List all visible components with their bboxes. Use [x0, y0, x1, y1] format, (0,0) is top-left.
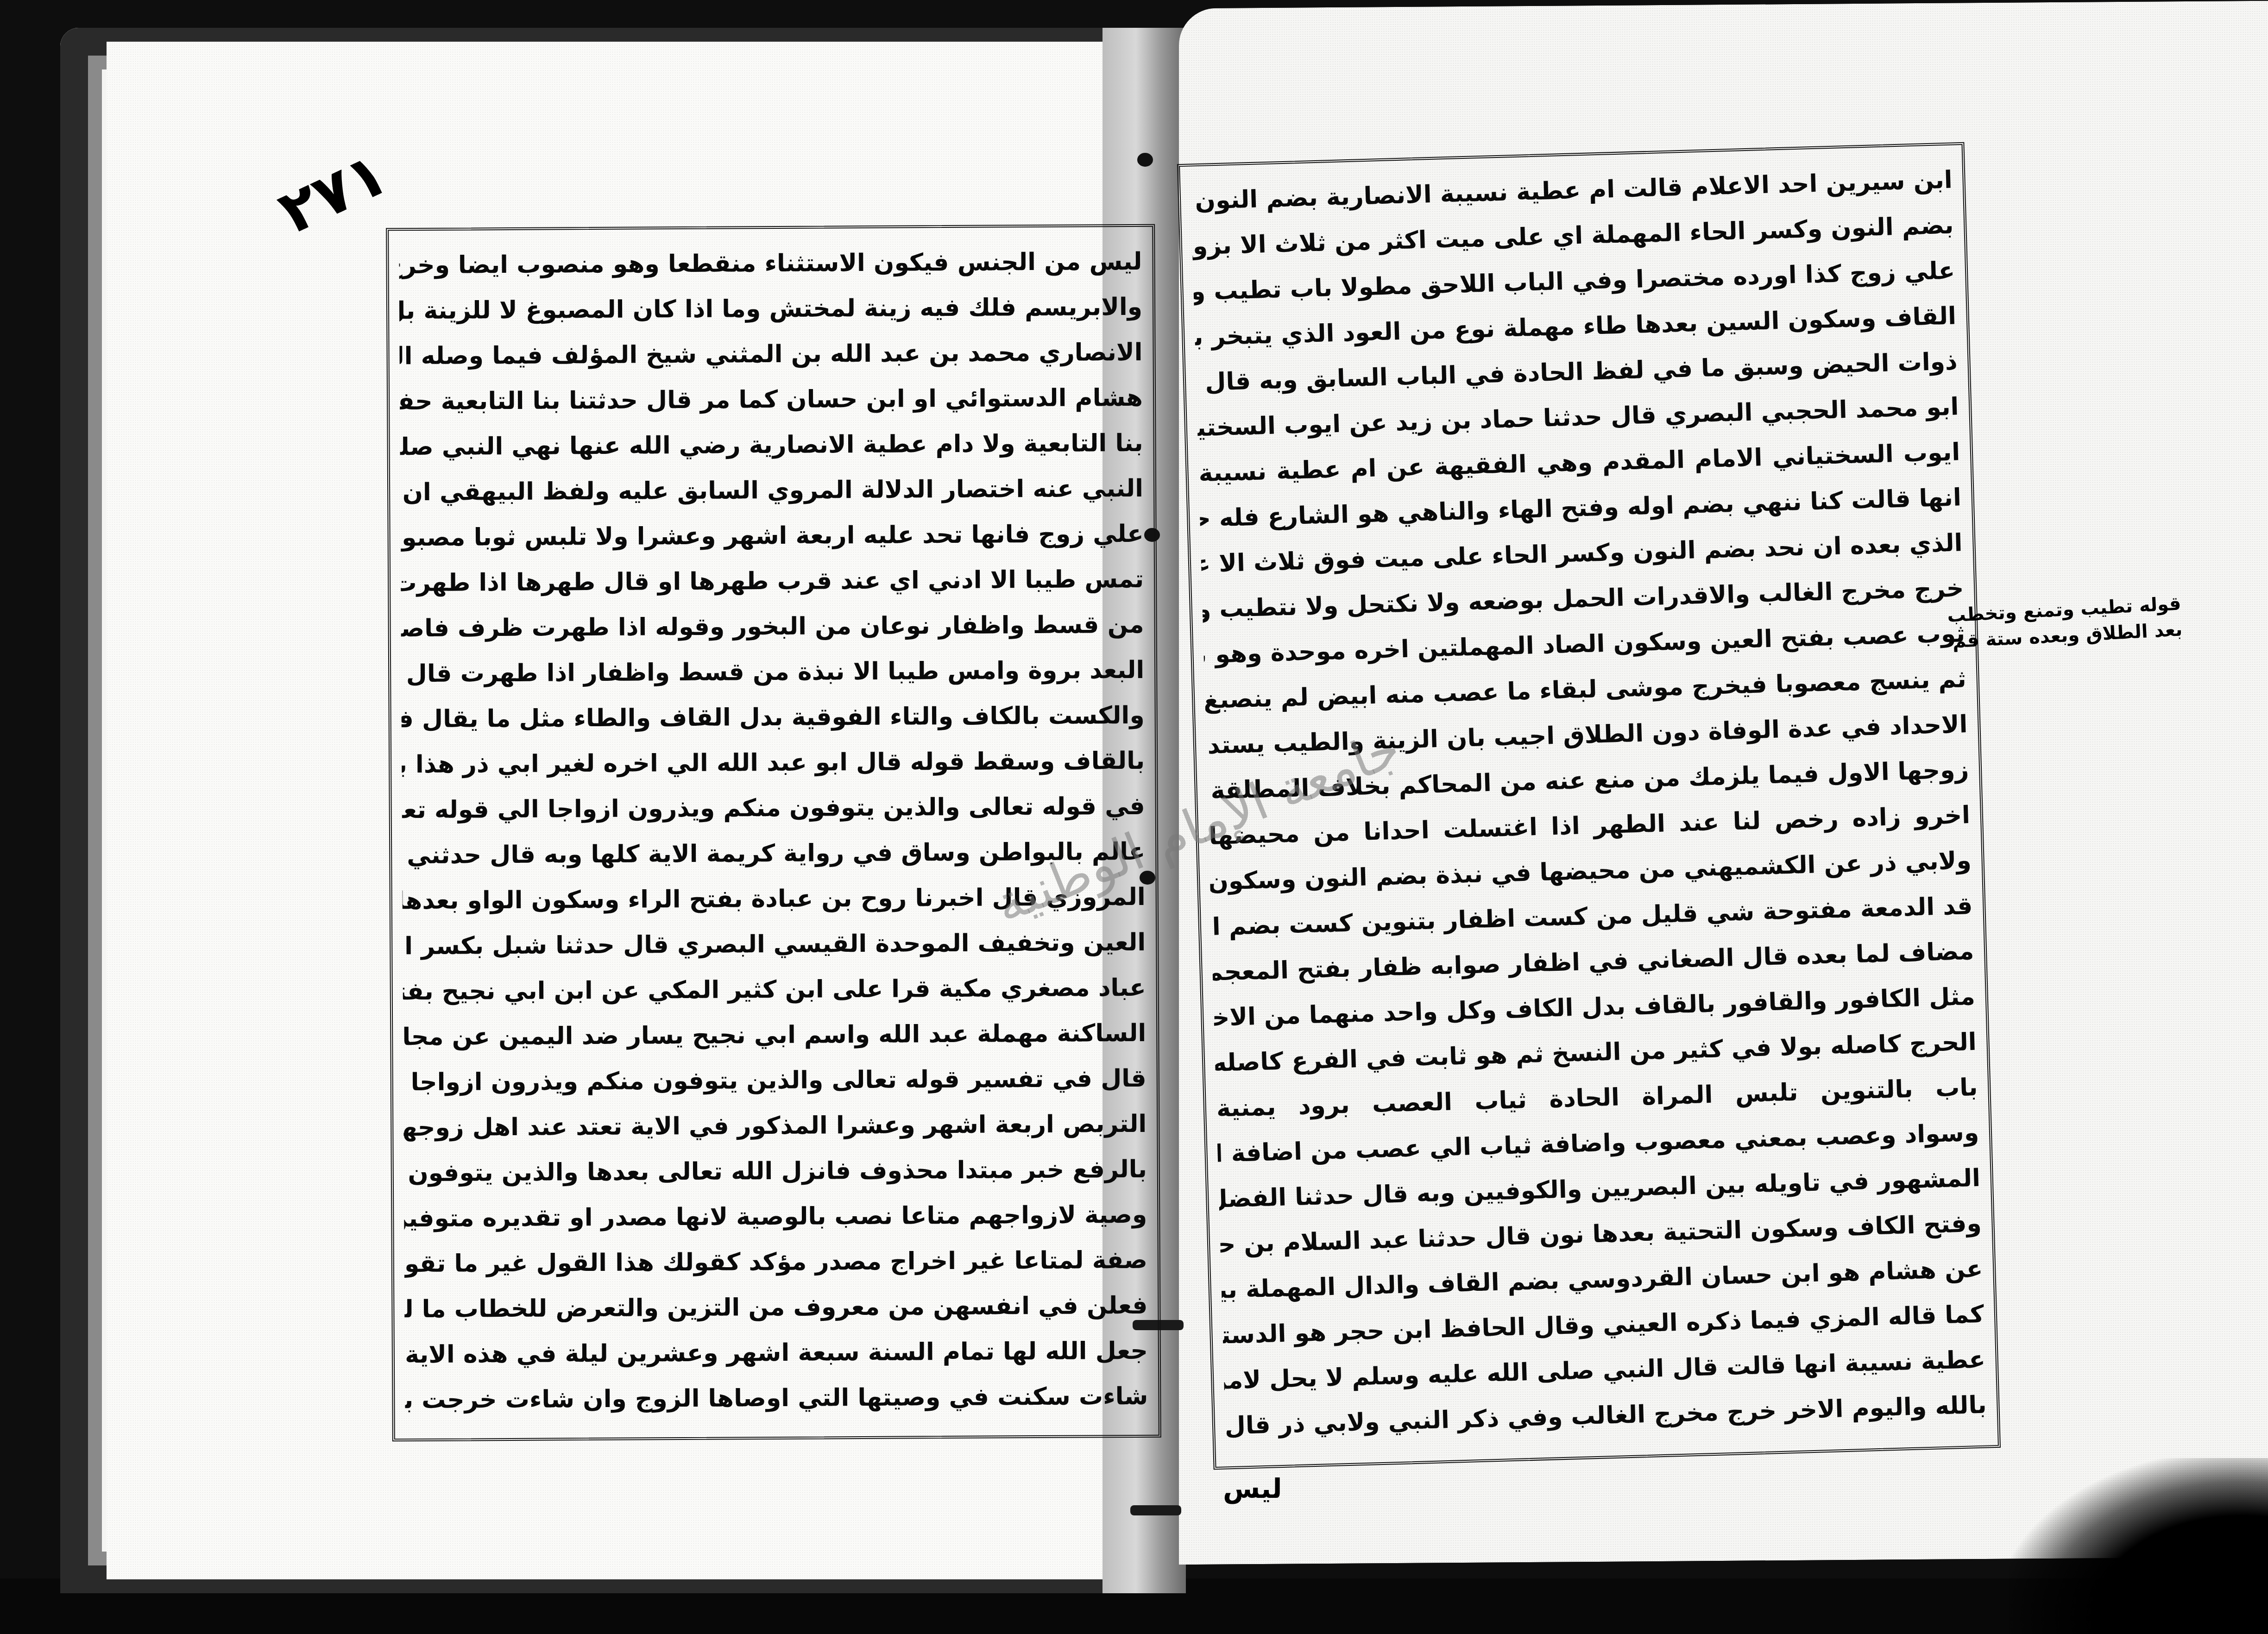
- catchword: ليس: [1223, 1473, 1282, 1504]
- right-text-block: ابن سيرين احد الاعلام قالت ام عطية نسيبة…: [1191, 157, 1987, 1449]
- right-text-frame: ابن سيرين احد الاعلام قالت ام عطية نسيبة…: [1177, 142, 2001, 1470]
- text-line: جعل الله لها تمام السنة سبعة اشهر وعشرين…: [405, 1328, 1148, 1377]
- text-line: والابريسم فلك فيه زينة لمختش وما اذا كان…: [399, 284, 1142, 333]
- left-text-block: ليس من الجنس فيكون الاستثناء منقطعا وهو …: [399, 239, 1148, 1423]
- text-line: البعد بروة وامس طيبا الا نبذة من قسط واظ…: [401, 647, 1144, 697]
- text-line: تمس طيبا الا ادني اي عند قرب طهرها او قا…: [401, 557, 1144, 606]
- text-line: المروزي قال اخبرنا روح بن عبادة بفتح الر…: [403, 874, 1146, 924]
- text-line: من قسط واظفار نوعان من البخور وقوله اذا …: [401, 602, 1144, 651]
- left-text-frame: ليس من الجنس فيكون الاستثناء منقطعا وهو …: [386, 224, 1161, 1442]
- scan-background: ٢٧١ ليس من الجنس فيكون الاستثناء منقطعا …: [0, 0, 2268, 1634]
- binding-hole: [1137, 153, 1153, 167]
- text-line: العين وتخفيف الموحدة القيسي البصري قال ح…: [403, 920, 1146, 969]
- text-line: النبي عنه اختصار الدلالة المروي السابق ع…: [400, 466, 1143, 515]
- binding-thread: [1130, 1505, 1181, 1515]
- text-line: بالقاف وسقط قوله قال ابو عبد الله الي اخ…: [402, 738, 1145, 787]
- text-line: عالم بالبواطن وساق في رواية كريمة الاية …: [402, 829, 1145, 878]
- thumb-shadow: [2009, 1458, 2268, 1634]
- text-line: الساكنة مهملة عبد الله واسم ابي نجيح يسا…: [403, 1011, 1146, 1060]
- text-line: هشام الدستوائي او ابن حسان كما مر قال حد…: [400, 375, 1143, 424]
- text-line: شاءت سكنت في وصيتها التي اوصاها الزوج وا…: [405, 1374, 1148, 1423]
- text-line: صفة لمتاعا غير اخراج مصدر مؤكد كقولك هذا…: [404, 1238, 1147, 1287]
- text-line: ليس من الجنس فيكون الاستثناء منقطعا وهو …: [399, 239, 1142, 288]
- text-line: علي زوج فانها تحد عليه اربعة اشهر وعشرا …: [400, 511, 1143, 560]
- text-line: وصية لازواجهم متاعا نصب بالوصية لانها مص…: [404, 1192, 1147, 1241]
- text-line: الانصاري محمد بن عبد الله بن المثني شيخ …: [399, 330, 1142, 379]
- text-line: قال في تفسير قوله تعالى والذين يتوفون من…: [403, 1056, 1147, 1105]
- text-line: بالرفع خبر مبتدا محذوف فانزل الله تعالى …: [404, 1147, 1147, 1196]
- text-line: في قوله تعالى والذين يتوفون منكم ويذرون …: [402, 784, 1145, 833]
- text-line: فعلن في انفسهن من معروف من التزين والتعر…: [404, 1283, 1147, 1332]
- text-line: بنا التابعية ولا دام عطية الانصارية رضي …: [400, 421, 1143, 470]
- text-line: والكست بالكاف والتاء الفوقية بدل القاف و…: [401, 693, 1144, 742]
- text-line: التربص اربعة اشهر وعشرا المذكور في الاية…: [403, 1101, 1147, 1150]
- text-line: عباد مصغري مكية قرا على ابن كثير المكي ع…: [403, 965, 1146, 1014]
